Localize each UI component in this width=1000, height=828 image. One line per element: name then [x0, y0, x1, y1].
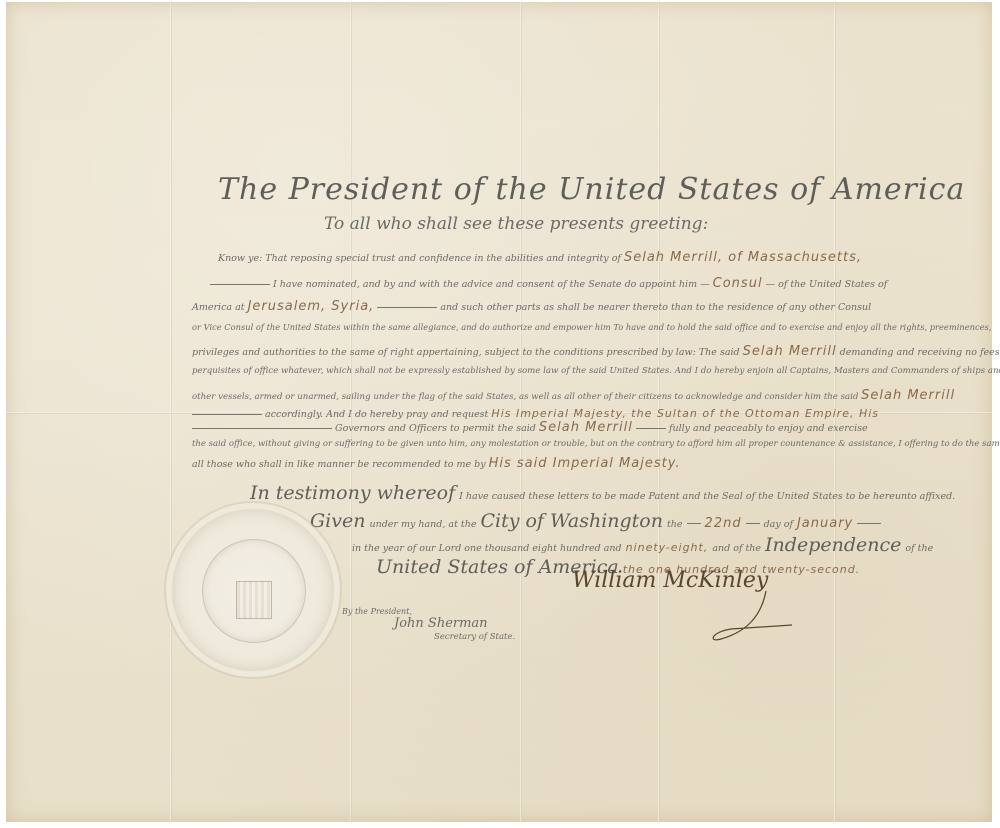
- appointee-name: Selah Merrill, of Massachusetts,: [624, 250, 862, 265]
- shield-icon: [236, 581, 272, 619]
- signature-flourish: [706, 587, 796, 647]
- testimony-line: In testimony whereof I have caused these…: [250, 482, 955, 504]
- office-title: Consul: [713, 276, 763, 291]
- body-line-4: or Vice Consul of the United States with…: [192, 322, 991, 332]
- secretary-title: Secretary of State.: [434, 632, 515, 642]
- body-line-8: accordingly. And I do hereby pray and re…: [192, 407, 879, 420]
- city: City of Washington: [480, 510, 663, 532]
- body-line-11: all those who shall in like manner be re…: [192, 456, 681, 471]
- year: ninety-eight,: [626, 541, 709, 554]
- body-line-5: privileges and authorities to the same o…: [192, 344, 1000, 359]
- body-line-6: perquisites of office whatever, which sh…: [192, 366, 1000, 376]
- day: 22nd: [705, 516, 742, 531]
- document-title: The President of the United States of Am…: [218, 172, 965, 207]
- foreign-sovereign: His Imperial Majesty, the Sultan of the …: [491, 407, 879, 420]
- commission-document: The President of the United States of Am…: [6, 2, 992, 822]
- embossed-seal: [172, 509, 334, 671]
- body-line-1: Know ye: That reposing special trust and…: [218, 250, 862, 265]
- post-location: Jerusalem, Syria,: [248, 299, 375, 314]
- given-line: Given under my hand, at the City of Wash…: [310, 510, 881, 532]
- secretary-signature: John Sherman: [394, 616, 488, 631]
- month: January: [797, 516, 853, 531]
- salutation: To all who shall see these presents gree…: [324, 214, 708, 234]
- by-the-president: By the President,: [342, 607, 412, 616]
- body-line-10: the said office, without giving or suffe…: [192, 439, 1000, 449]
- year-line: in the year of our Lord one thousand eig…: [352, 534, 933, 556]
- body-line-9: Governors and Officers to permit the sai…: [192, 420, 868, 435]
- body-line-3: America at Jerusalem, Syria, and such ot…: [192, 299, 871, 314]
- body-line-7: other vessels, armed or unarmed, sailing…: [192, 388, 955, 403]
- body-line-2: I have nominated, and by and with the ad…: [210, 276, 887, 291]
